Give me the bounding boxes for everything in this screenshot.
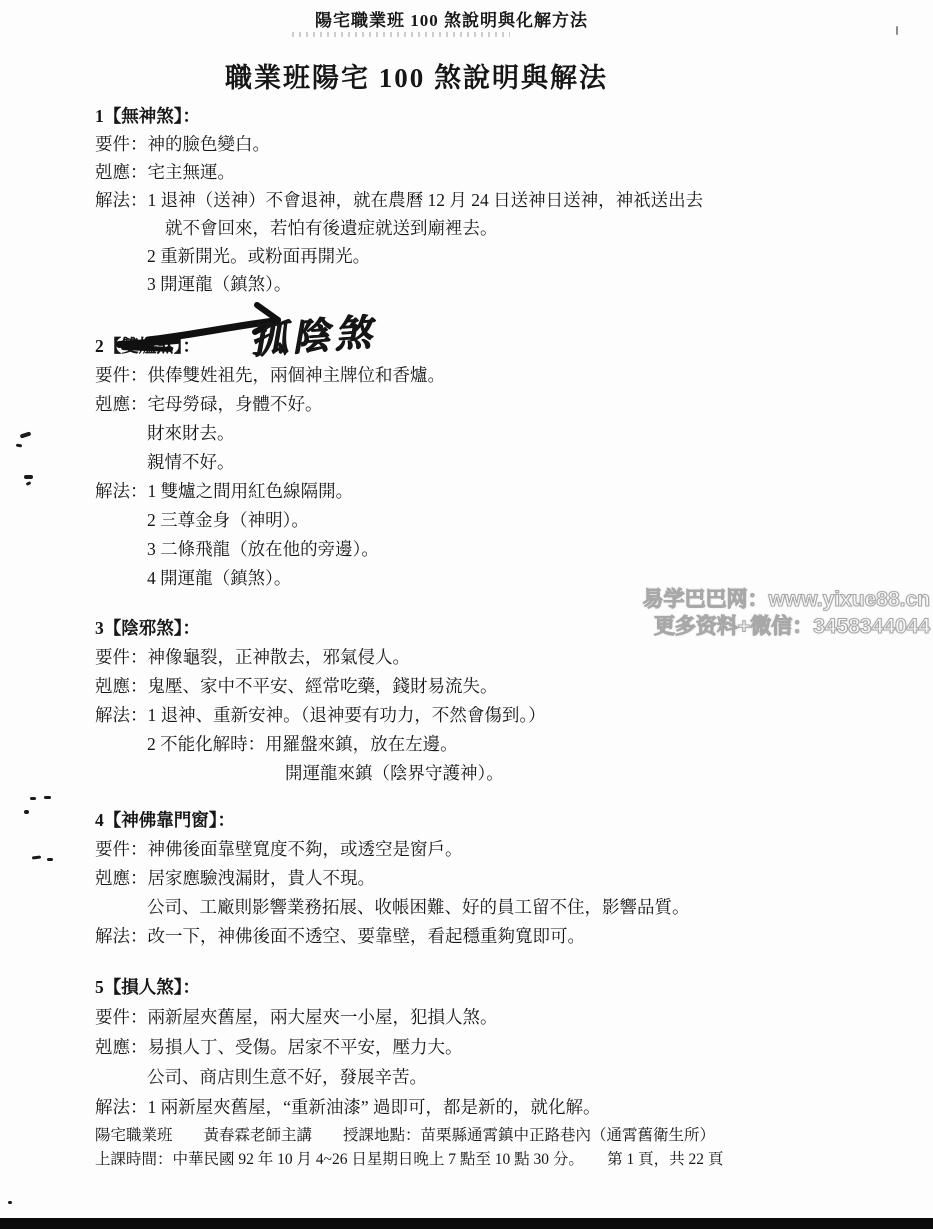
text-line: 解法：1 退神、重新安神。（退神要有功力，不然會傷到。） bbox=[95, 701, 903, 730]
scan-artifact bbox=[30, 797, 36, 800]
text-line: 就不會回來，若怕有後遺症就送到廟裡去。 bbox=[95, 214, 903, 242]
text-line: 要件：神像龜裂，正神散去，邪氣侵人。 bbox=[95, 643, 903, 672]
scan-artifact bbox=[20, 431, 32, 438]
text-line: 解法：1 雙爐之間用紅色線隔開。 bbox=[95, 477, 903, 506]
section-2-shuang-lu-sha: 2【雙爐煞】： 要件：供俸雙姓祖先，兩個神主牌位和香爐。 剋應：宅母勞碌，身體不… bbox=[95, 332, 903, 593]
text-line: 公司、商店則生意不好，發展辛苦。 bbox=[95, 1062, 903, 1092]
text-line: 3 開運龍（鎮煞）。 bbox=[95, 270, 903, 298]
section-heading: 5【損人煞】： bbox=[95, 972, 903, 1002]
bleed-through-line bbox=[292, 32, 510, 37]
page-title: 職業班陽宅 100 煞說明與解法 bbox=[0, 56, 883, 95]
section-5-sun-ren-sha: 5【損人煞】： 要件：兩新屋夾舊屋，兩大屋夾一小屋，犯損人煞。 剋應：易損人丁、… bbox=[95, 972, 903, 1122]
scan-artifact bbox=[32, 855, 41, 859]
text-line: 剋應：居家應驗洩漏財，貴人不現。 bbox=[95, 864, 903, 893]
scan-artifact bbox=[896, 26, 898, 35]
scan-artifact bbox=[47, 858, 53, 861]
scan-artifact bbox=[24, 475, 33, 479]
scanned-document-page: 陽宅職業班 100 煞說明與化解方法 職業班陽宅 100 煞說明與解法 1【無神… bbox=[0, 0, 933, 1229]
text-line: 剋應：鬼壓、家中不平安、經常吃藥，錢財易流失。 bbox=[95, 672, 903, 701]
section-1-wu-shen-sha: 1【無神煞】： 要件：神的臉色變白。 剋應：宅主無運。 解法：1 退神（送神）不… bbox=[95, 102, 903, 298]
scan-artifact bbox=[16, 444, 22, 448]
text-line: 剋應：易損人丁、受傷。居家不平安，壓力大。 bbox=[95, 1032, 903, 1062]
section-4-shen-fo-kao-men-chuang: 4【神佛靠門窗】： 要件：神佛後面靠壁寬度不夠，或透空是窗戶。 剋應：居家應驗洩… bbox=[95, 806, 903, 951]
scan-artifact bbox=[44, 796, 51, 799]
section-heading: 1【無神煞】： bbox=[95, 102, 903, 130]
page-footer: 陽宅職業班 黃春霖老師主講 授課地點：苗栗縣通霄鎮中正路巷內（通霄舊衛生所） 上… bbox=[95, 1124, 723, 1172]
scanner-edge-bar bbox=[0, 1218, 933, 1229]
footer-course-info: 陽宅職業班 黃春霖老師主講 授課地點：苗栗縣通霄鎮中正路巷內（通霄舊衛生所） bbox=[95, 1124, 723, 1148]
scan-artifact bbox=[24, 810, 29, 814]
text-line: 2 三尊金身（神明）。 bbox=[95, 506, 903, 535]
handwritten-correction-text: 孤陰煞 bbox=[248, 302, 377, 365]
text-line: 公司、工廠則影響業務拓展、收帳困難、好的員工留不住，影響品質。 bbox=[95, 893, 903, 922]
section-heading: 4【神佛靠門窗】： bbox=[95, 806, 903, 835]
text-line: 要件：供俸雙姓祖先，兩個神主牌位和香爐。 bbox=[95, 361, 903, 390]
text-line: 財來財去。 bbox=[95, 419, 903, 448]
text-line: 開運龍來鎮（陰界守護神）。 bbox=[95, 759, 903, 788]
text-line: 親情不好。 bbox=[95, 448, 903, 477]
section-3-yin-xie-sha: 3【陰邪煞】： 要件：神像龜裂，正神散去，邪氣侵人。 剋應：鬼壓、家中不平安、經… bbox=[95, 614, 903, 788]
footer-time-page-info: 上課時間：中華民國 92 年 10 月 4~26 日星期日晚上 7 點至 10 … bbox=[95, 1148, 723, 1172]
text-line: 解法：改一下，神佛後面不透空、要靠壁，看起穩重夠寬即可。 bbox=[95, 922, 903, 951]
text-line: 解法：1 兩新屋夾舊屋，“重新油漆” 過即可，都是新的，就化解。 bbox=[95, 1092, 903, 1122]
text-line: 2 不能化解時：用羅盤來鎮，放在左邊。 bbox=[95, 730, 903, 759]
text-line: 要件：神的臉色變白。 bbox=[95, 130, 903, 158]
text-line: 剋應：宅母勞碌，身體不好。 bbox=[95, 390, 903, 419]
text-line: 3 二條飛龍（放在他的旁邊）。 bbox=[95, 535, 903, 564]
section-heading: 3【陰邪煞】： bbox=[95, 614, 903, 643]
text-line: 4 開運龍（鎮煞）。 bbox=[95, 564, 903, 593]
page-header: 陽宅職業班 100 煞說明與化解方法 bbox=[0, 6, 918, 31]
scan-artifact bbox=[26, 481, 32, 486]
text-line: 要件：神佛後面靠壁寬度不夠，或透空是窗戶。 bbox=[95, 835, 903, 864]
text-line: 解法：1 退神（送神）不會退神，就在農曆 12 月 24 日送神日送神，神祇送出… bbox=[95, 186, 903, 214]
text-line: 要件：兩新屋夾舊屋，兩大屋夾一小屋，犯損人煞。 bbox=[95, 1002, 903, 1032]
text-line: 2 重新開光。或粉面再開光。 bbox=[95, 242, 903, 270]
text-line: 剋應：宅主無運。 bbox=[95, 158, 903, 186]
scan-artifact bbox=[8, 1201, 12, 1204]
